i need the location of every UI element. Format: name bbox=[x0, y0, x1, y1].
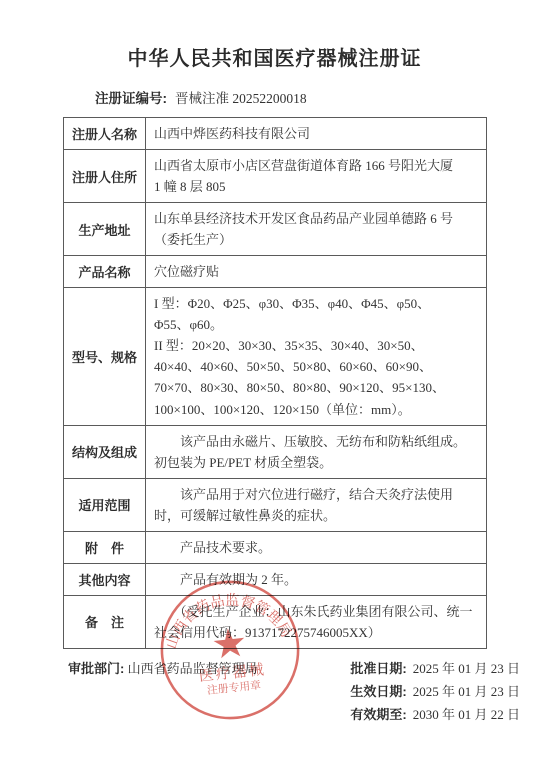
cert-number-line: 注册证编号:晋械注准 20252200018 bbox=[95, 87, 549, 107]
row-value-registrant-name: 山西中烨医药科技有限公司 bbox=[146, 118, 487, 150]
table-row: 注册人住所 山西省太原市小店区营盘街道体育路 166 号阳光大厦 1 幢 8 层… bbox=[64, 150, 487, 203]
cert-number-label: 注册证编号: bbox=[95, 91, 167, 106]
page-title: 中华人民共和国医疗器械注册证 bbox=[0, 0, 549, 71]
table-row: 备 注 （受托生产企业：山东朱氏药业集团有限公司、统一 社会信用代码：91371… bbox=[64, 595, 487, 648]
effective-date: 生效日期:2025 年 01 月 23 日 bbox=[350, 681, 520, 700]
row-label-other: 其他内容 bbox=[64, 563, 146, 595]
table-row: 附 件 产品技术要求。 bbox=[64, 531, 487, 563]
table-row: 生产地址 山东单县经济技术开发区食品药品产业园单德路 6 号 （委托生产） bbox=[64, 203, 487, 256]
approval-department: 审批部门: 山西省药品监督管理局 bbox=[68, 658, 258, 677]
row-label-remark: 备 注 bbox=[64, 595, 146, 648]
row-label-registrant-name: 注册人名称 bbox=[64, 118, 146, 150]
row-value-structure: 该产品由永磁片、压敏胶、无纺布和防粘纸组成。 初包装为 PE/PET 材质全塑袋… bbox=[146, 425, 487, 478]
approval-date-value: 2025 年 01 月 23 日 bbox=[413, 661, 520, 676]
row-value-remark: （受托生产企业：山东朱氏药业集团有限公司、统一 社会信用代码：913717227… bbox=[146, 595, 487, 648]
row-value-product-name: 穴位磁疗贴 bbox=[146, 256, 487, 288]
approval-department-value: 山西省药品监督管理局 bbox=[128, 661, 258, 676]
cert-number-value: 晋械注准 20252200018 bbox=[175, 91, 307, 106]
effective-date-value: 2025 年 01 月 23 日 bbox=[413, 684, 520, 699]
row-label-scope: 适用范围 bbox=[64, 478, 146, 531]
effective-date-label: 生效日期: bbox=[350, 684, 406, 699]
table-row: 注册人名称 山西中烨医药科技有限公司 bbox=[64, 118, 487, 150]
approval-date: 批准日期:2025 年 01 月 23 日 bbox=[350, 658, 520, 677]
certificate-page: 中华人民共和国医疗器械注册证 注册证编号:晋械注准 20252200018 注册… bbox=[0, 0, 549, 759]
row-value-scope: 该产品用于对穴位进行磁疗，结合天灸疗法使用 时，可缓解过敏性鼻炎的症状。 bbox=[146, 478, 487, 531]
footer: 审批部门: 山西省药品监督管理局 批准日期:2025 年 01 月 23 日 生… bbox=[68, 658, 520, 727]
table-row: 其他内容 产品有效期为 2 年。 bbox=[64, 563, 487, 595]
row-label-registrant-address: 注册人住所 bbox=[64, 150, 146, 203]
row-label-product-name: 产品名称 bbox=[64, 256, 146, 288]
approval-department-label: 审批部门: bbox=[68, 661, 124, 676]
approval-date-label: 批准日期: bbox=[350, 661, 406, 676]
expiry-date-value: 2030 年 01 月 22 日 bbox=[413, 707, 520, 722]
table-row: 适用范围 该产品用于对穴位进行磁疗，结合天灸疗法使用 时，可缓解过敏性鼻炎的症状… bbox=[64, 478, 487, 531]
row-label-structure: 结构及组成 bbox=[64, 425, 146, 478]
row-label-attachment: 附 件 bbox=[64, 531, 146, 563]
row-value-attachment: 产品技术要求。 bbox=[146, 531, 487, 563]
table-row: 型号、规格 I 型：Φ20、Φ25、φ30、Φ35、φ40、Φ45、φ50、 Φ… bbox=[64, 288, 487, 425]
row-label-production-address: 生产地址 bbox=[64, 203, 146, 256]
table-row: 产品名称 穴位磁疗贴 bbox=[64, 256, 487, 288]
row-label-model-spec: 型号、规格 bbox=[64, 288, 146, 425]
row-value-model-spec: I 型：Φ20、Φ25、φ30、Φ35、φ40、Φ45、φ50、 Φ55、φ60… bbox=[146, 288, 487, 425]
date-block: 批准日期:2025 年 01 月 23 日 生效日期:2025 年 01 月 2… bbox=[350, 658, 520, 727]
row-value-registrant-address: 山西省太原市小店区营盘街道体育路 166 号阳光大厦 1 幢 8 层 805 bbox=[146, 150, 487, 203]
row-value-other: 产品有效期为 2 年。 bbox=[146, 563, 487, 595]
expiry-date-label: 有效期至: bbox=[350, 707, 406, 722]
table-row: 结构及组成 该产品由永磁片、压敏胶、无纺布和防粘纸组成。 初包装为 PE/PET… bbox=[64, 425, 487, 478]
row-value-production-address: 山东单县经济技术开发区食品药品产业园单德路 6 号 （委托生产） bbox=[146, 203, 487, 256]
expiry-date: 有效期至:2030 年 01 月 22 日 bbox=[350, 704, 520, 723]
certificate-table: 注册人名称 山西中烨医药科技有限公司 注册人住所 山西省太原市小店区营盘街道体育… bbox=[63, 117, 487, 649]
